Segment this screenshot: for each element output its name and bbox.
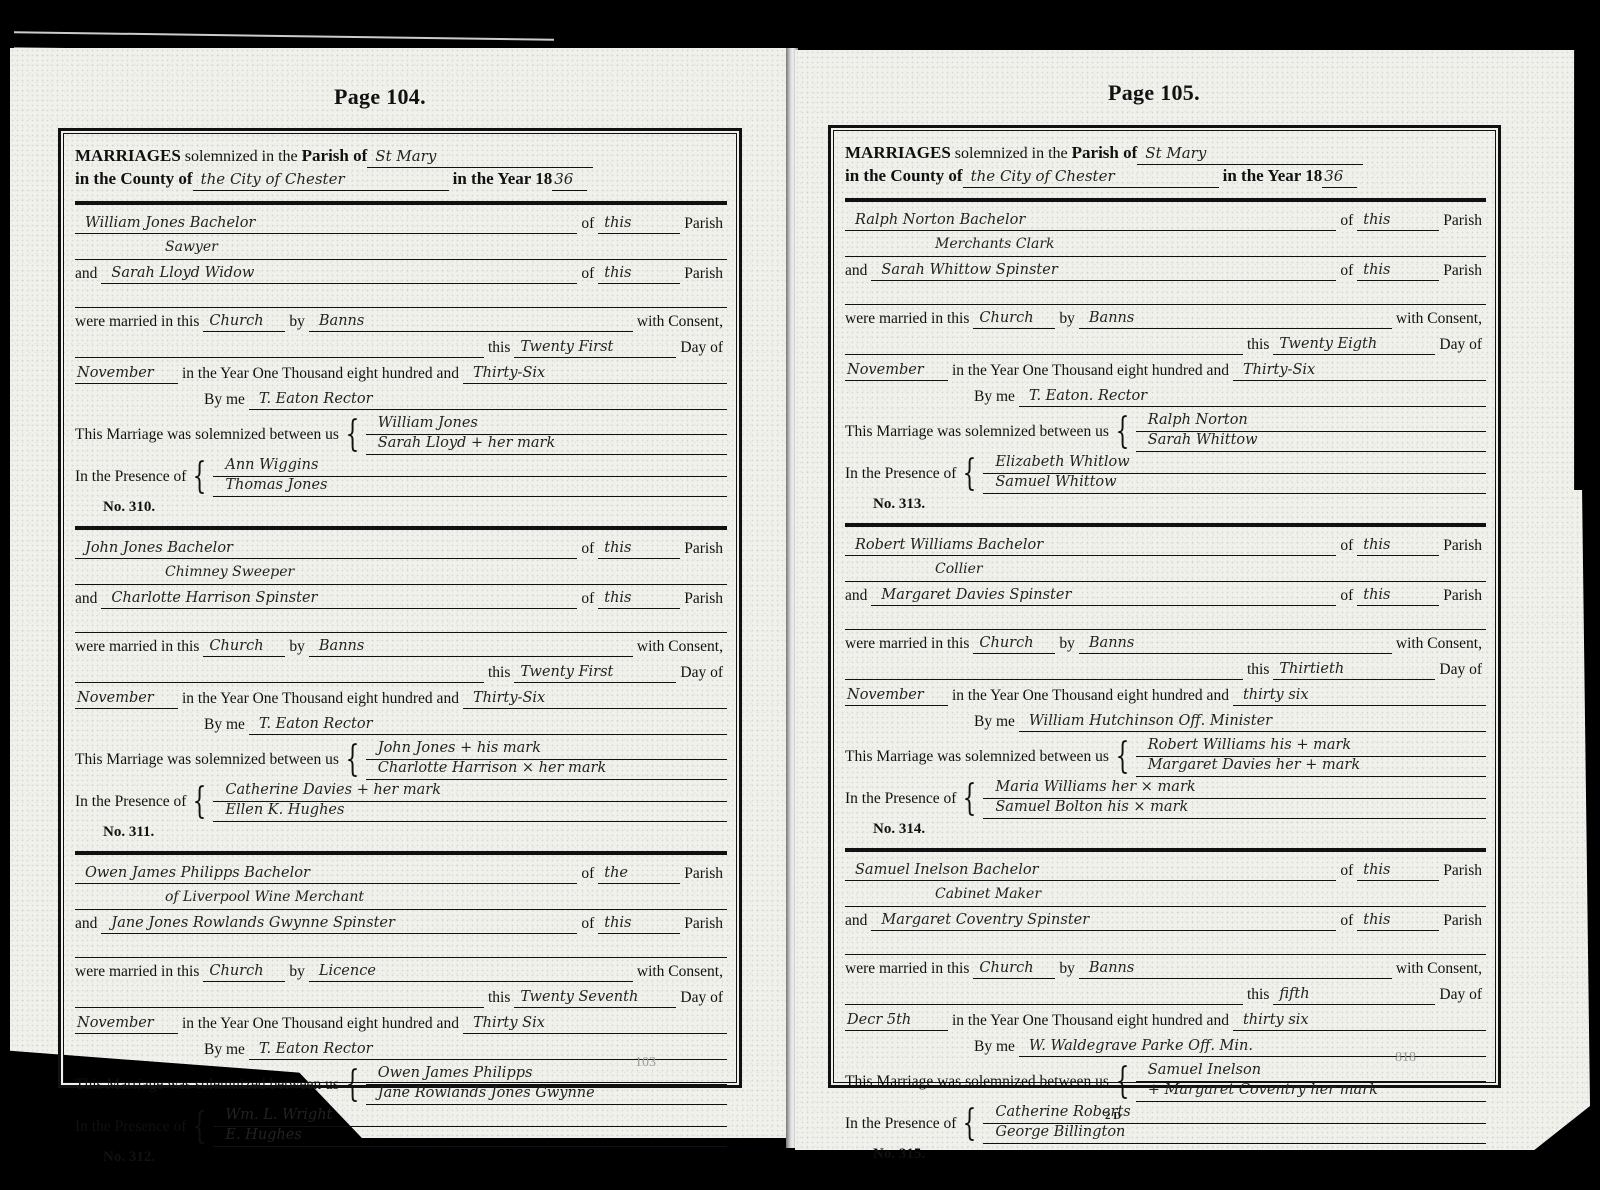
solemnized-label: This Marriage was solemnized between us bbox=[845, 1073, 1109, 1091]
day-row: this Thirtieth Day of bbox=[845, 659, 1486, 680]
groom-parish: the bbox=[598, 863, 680, 884]
brace-icon: { bbox=[345, 742, 359, 778]
groom-occupation: of Liverpool Wine Merchant bbox=[75, 889, 727, 910]
groom-name: Owen James Philipps Bachelor bbox=[75, 863, 577, 884]
presence-block: In the Presence of { Elizabeth Whitlow S… bbox=[845, 454, 1486, 494]
witness-line: Catherine Davies + her mark bbox=[213, 782, 727, 802]
year-row: November in the Year One Thousand eight … bbox=[845, 685, 1486, 706]
signature-line: Jane Rowlands Jones Gwynne bbox=[366, 1085, 727, 1105]
officiant-value: William Hutchinson Off. Minister bbox=[1019, 711, 1486, 732]
married-in-label: were married in this bbox=[75, 962, 203, 982]
marriage-entry: Robert Williams Bachelor of this Parish … bbox=[845, 523, 1486, 838]
day-of-label: Day of bbox=[676, 988, 727, 1008]
groom-name: Ralph Norton Bachelor bbox=[845, 210, 1336, 231]
presence-label: In the Presence of bbox=[845, 790, 956, 808]
bride-row: and Charlotte Harrison Spinster of this … bbox=[75, 588, 727, 609]
brace-icon: { bbox=[345, 1067, 359, 1103]
married-in-label: were married in this bbox=[75, 312, 203, 332]
witness-line: Samuel Whittow bbox=[983, 474, 1486, 494]
by-me-label: By me bbox=[200, 390, 249, 410]
month-value: November bbox=[75, 1013, 178, 1034]
month-value: Decr 5th bbox=[845, 1010, 948, 1031]
day-of-label: Day of bbox=[676, 663, 727, 683]
witness-line: Ellen K. Hughes bbox=[213, 802, 727, 822]
signature-line: Sarah Lloyd + her mark bbox=[366, 435, 727, 455]
bride-name: Margaret Davies Spinster bbox=[871, 585, 1336, 606]
consent-label: with Consent, bbox=[1392, 309, 1486, 329]
brace-icon: { bbox=[1115, 1064, 1129, 1100]
bride-name: Jane Jones Rowlands Gwynne Spinster bbox=[101, 913, 577, 934]
signature-line: + Margaret Coventry her mark bbox=[1136, 1082, 1486, 1102]
bride-row: and Sarah Whittow Spinster of this Paris… bbox=[845, 260, 1486, 281]
groom-row: Samuel Inelson Bachelor of this Parish bbox=[845, 860, 1486, 881]
signature-line: Sarah Whittow bbox=[1136, 432, 1486, 452]
blank-rule bbox=[845, 336, 1243, 355]
year-phrase: in the Year One Thousand eight hundred a… bbox=[178, 689, 463, 709]
this-label: this bbox=[484, 663, 514, 683]
year-words-value: Thirty-Six bbox=[463, 688, 727, 709]
of-label: of bbox=[1336, 211, 1357, 231]
groom-occupation: Collier bbox=[845, 561, 1486, 582]
party-signatures: Owen James Philipps Jane Rowlands Jones … bbox=[366, 1065, 727, 1105]
of-label: of bbox=[577, 914, 598, 934]
register-header: MARRIAGES solemnized in the Parish ofSt … bbox=[845, 142, 1486, 165]
signature-line: Samuel Inelson bbox=[1136, 1062, 1486, 1082]
year-row: November in the Year One Thousand eight … bbox=[845, 360, 1486, 381]
day-value: Twenty Eigth bbox=[1273, 334, 1435, 355]
consent-label: with Consent, bbox=[1392, 959, 1486, 979]
married-in-label: were married in this bbox=[845, 309, 973, 329]
bride-row: and Margaret Coventry Spinster of this P… bbox=[845, 910, 1486, 931]
and-label: and bbox=[845, 261, 871, 281]
place-row: were married in this Church by Banns wit… bbox=[845, 308, 1486, 329]
bride-parish: this bbox=[1357, 585, 1439, 606]
officiant-value: T. Eaton. Rector bbox=[1019, 386, 1486, 407]
signature-line: Charlotte Harrison × her mark bbox=[366, 760, 727, 780]
entry-divider bbox=[75, 851, 727, 855]
presence-label: In the Presence of bbox=[75, 793, 186, 811]
by-me-label: By me bbox=[200, 1040, 249, 1060]
day-value: Twenty First bbox=[514, 337, 676, 358]
entries-list: William Jones Bachelor of this Parish Sa… bbox=[75, 201, 727, 1166]
parish-label: Parish bbox=[1439, 261, 1486, 281]
officiant-row: By me William Hutchinson Off. Minister bbox=[845, 711, 1486, 732]
groom-occupation: Cabinet Maker bbox=[845, 886, 1486, 907]
brace-icon: { bbox=[1115, 414, 1129, 450]
by-me-label: By me bbox=[200, 715, 249, 735]
party-signatures: William Jones Sarah Lloyd + her mark bbox=[366, 415, 727, 455]
officiant-row: By me T. Eaton. Rector bbox=[845, 386, 1486, 407]
marriage-entry: Ralph Norton Bachelor of this Parish Mer… bbox=[845, 198, 1486, 513]
consent-label: with Consent, bbox=[1392, 634, 1486, 654]
place-value: Church bbox=[203, 311, 285, 332]
header-parish-label: Parish of bbox=[302, 146, 368, 165]
blank-rule bbox=[845, 936, 1486, 955]
witness-signatures: Catherine Roberts George Billington bbox=[983, 1104, 1486, 1144]
place-row: were married in this Church by Banns wit… bbox=[845, 958, 1486, 979]
groom-occupation: Merchants Clark bbox=[845, 236, 1486, 257]
signature-line: Ralph Norton bbox=[1136, 412, 1486, 432]
method-value: Banns bbox=[309, 636, 633, 657]
year-words-value: Thirty-Six bbox=[463, 363, 727, 384]
groom-parish: this bbox=[598, 213, 680, 234]
solemnized-block: This Marriage was solemnized between us … bbox=[75, 740, 727, 780]
consent-label: with Consent, bbox=[633, 637, 727, 657]
entry-divider bbox=[75, 201, 727, 205]
by-label: by bbox=[1055, 309, 1079, 329]
witness-signatures: Catherine Davies + her mark Ellen K. Hug… bbox=[213, 782, 727, 822]
parish-label: Parish bbox=[1439, 861, 1486, 881]
witness-line: Thomas Jones bbox=[213, 477, 727, 497]
year-words-value: Thirty-Six bbox=[1233, 360, 1486, 381]
of-label: of bbox=[1336, 261, 1357, 281]
solemnized-label: This Marriage was solemnized between us bbox=[845, 748, 1109, 766]
day-row: this Twenty Seventh Day of bbox=[75, 987, 727, 1008]
groom-name: William Jones Bachelor bbox=[75, 213, 577, 234]
parish-label: Parish bbox=[680, 264, 727, 284]
solemnized-label: This Marriage was solemnized between us bbox=[845, 423, 1109, 441]
groom-row: John Jones Bachelor of this Parish bbox=[75, 538, 727, 559]
bride-parish: this bbox=[1357, 910, 1439, 931]
groom-parish: this bbox=[1357, 210, 1439, 231]
groom-row: Ralph Norton Bachelor of this Parish bbox=[845, 210, 1486, 231]
year-phrase: in the Year One Thousand eight hundred a… bbox=[948, 686, 1233, 706]
groom-occupation: Sawyer bbox=[75, 239, 727, 260]
solemnized-label: This Marriage was solemnized between us bbox=[75, 1076, 339, 1094]
year-phrase: in the Year One Thousand eight hundred a… bbox=[948, 361, 1233, 381]
witness-line: E. Hughes bbox=[213, 1127, 727, 1147]
married-in-label: were married in this bbox=[845, 634, 973, 654]
faint-folio-mark: 818 bbox=[1395, 1050, 1416, 1066]
groom-parish: this bbox=[1357, 860, 1439, 881]
bride-parish: this bbox=[598, 913, 680, 934]
entry-number: No. 314. bbox=[845, 821, 1486, 838]
county-label: in the County of bbox=[75, 169, 193, 188]
this-label: this bbox=[1243, 985, 1273, 1005]
parish-label: Parish bbox=[1439, 536, 1486, 556]
marriage-entry: Samuel Inelson Bachelor of this Parish C… bbox=[845, 848, 1486, 1163]
presence-label: In the Presence of bbox=[75, 1118, 186, 1136]
blank-rule bbox=[845, 661, 1243, 680]
blank-rule bbox=[75, 664, 484, 683]
entry-number: No. 312. bbox=[75, 1149, 727, 1166]
entry-number: No. 310. bbox=[75, 499, 727, 516]
witness-line: Maria Williams her × mark bbox=[983, 779, 1486, 799]
this-label: this bbox=[1243, 335, 1273, 355]
party-signatures: Ralph Norton Sarah Whittow bbox=[1136, 412, 1486, 452]
and-label: and bbox=[75, 589, 101, 609]
party-signatures: John Jones + his mark Charlotte Harrison… bbox=[366, 740, 727, 780]
parish-label: Parish bbox=[680, 914, 727, 934]
signature-line: William Jones bbox=[366, 415, 727, 435]
day-row: this Twenty Eigth Day of bbox=[845, 334, 1486, 355]
brace-icon: { bbox=[1115, 739, 1129, 775]
witness-signatures: Maria Williams her × mark Samuel Bolton … bbox=[983, 779, 1486, 819]
signature-line: Robert Williams his + mark bbox=[1136, 737, 1486, 757]
year-label: in the Year 18 bbox=[453, 169, 553, 188]
brace-icon: { bbox=[963, 456, 977, 492]
place-value: Church bbox=[973, 958, 1055, 979]
entries-list: Ralph Norton Bachelor of this Parish Mer… bbox=[845, 198, 1486, 1163]
month-value: November bbox=[75, 363, 178, 384]
blank-rule bbox=[75, 939, 727, 958]
bride-name: Sarah Whittow Spinster bbox=[871, 260, 1336, 281]
method-value: Banns bbox=[1079, 308, 1392, 329]
place-row: were married in this Church by Banns wit… bbox=[75, 636, 727, 657]
header-title: MARRIAGES bbox=[845, 143, 951, 162]
parish-label: Parish bbox=[1439, 586, 1486, 606]
place-value: Church bbox=[203, 961, 285, 982]
solemnized-block: This Marriage was solemnized between us … bbox=[75, 1065, 727, 1105]
groom-name: John Jones Bachelor bbox=[75, 538, 577, 559]
party-signatures: Robert Williams his + mark Margaret Davi… bbox=[1136, 737, 1486, 777]
and-label: and bbox=[75, 914, 101, 934]
by-label: by bbox=[1055, 634, 1079, 654]
signature-line: Margaret Davies her + mark bbox=[1136, 757, 1486, 777]
groom-name: Samuel Inelson Bachelor bbox=[845, 860, 1336, 881]
this-label: this bbox=[1243, 660, 1273, 680]
of-label: of bbox=[577, 214, 598, 234]
of-label: of bbox=[1336, 911, 1357, 931]
groom-parish: this bbox=[1357, 535, 1439, 556]
presence-block: In the Presence of { Ann Wiggins Thomas … bbox=[75, 457, 727, 497]
brace-icon: { bbox=[963, 781, 977, 817]
officiant-row: By me T. Eaton Rector bbox=[75, 714, 727, 735]
by-label: by bbox=[285, 962, 309, 982]
of-label: of bbox=[1336, 586, 1357, 606]
day-value: Twenty First bbox=[514, 662, 676, 683]
witness-signatures: Ann Wiggins Thomas Jones bbox=[213, 457, 727, 497]
brace-icon: { bbox=[193, 1109, 207, 1145]
presence-block: In the Presence of { Catherine Davies + … bbox=[75, 782, 727, 822]
and-label: and bbox=[845, 911, 871, 931]
of-label: of bbox=[1336, 536, 1357, 556]
groom-name: Robert Williams Bachelor bbox=[845, 535, 1336, 556]
blank-rule bbox=[75, 614, 727, 633]
presence-label: In the Presence of bbox=[75, 468, 186, 486]
day-row: this Twenty First Day of bbox=[75, 662, 727, 683]
place-value: Church bbox=[973, 308, 1055, 329]
year-row: November in the Year One Thousand eight … bbox=[75, 688, 727, 709]
this-label: this bbox=[484, 338, 514, 358]
married-in-label: were married in this bbox=[845, 959, 973, 979]
marriage-entry: William Jones Bachelor of this Parish Sa… bbox=[75, 201, 727, 516]
bride-row: and Sarah Lloyd Widow of this Parish bbox=[75, 263, 727, 284]
bride-name: Sarah Lloyd Widow bbox=[101, 263, 577, 284]
county-value: the City of Chester bbox=[963, 165, 1219, 188]
year-row: November in the Year One Thousand eight … bbox=[75, 1013, 727, 1034]
parish-value: St Mary bbox=[367, 145, 593, 168]
parish-label: Parish bbox=[680, 539, 727, 559]
and-label: and bbox=[845, 586, 871, 606]
and-label: and bbox=[75, 264, 101, 284]
by-label: by bbox=[285, 312, 309, 332]
presence-block: In the Presence of { Wm. L. Wright E. Hu… bbox=[75, 1107, 727, 1147]
register-form-left: MARRIAGES solemnized in the Parish ofSt … bbox=[58, 128, 742, 1088]
blank-rule bbox=[75, 289, 727, 308]
consent-label: with Consent, bbox=[633, 962, 727, 982]
brace-icon: { bbox=[193, 459, 207, 495]
of-label: of bbox=[577, 264, 598, 284]
register-header-county: in the County ofthe City of Chester in t… bbox=[845, 165, 1486, 188]
of-label: of bbox=[577, 589, 598, 609]
blank-rule bbox=[845, 286, 1486, 305]
brace-icon: { bbox=[345, 417, 359, 453]
register-form-right: MARRIAGES solemnized in the Parish ofSt … bbox=[828, 125, 1501, 1088]
parish-label: Parish bbox=[680, 589, 727, 609]
presence-block: In the Presence of { Maria Williams her … bbox=[845, 779, 1486, 819]
solemnized-label: This Marriage was solemnized between us bbox=[75, 426, 339, 444]
day-value: Twenty Seventh bbox=[514, 987, 676, 1008]
entry-number: No. 315. bbox=[845, 1146, 1486, 1163]
married-in-label: were married in this bbox=[75, 637, 203, 657]
month-value: November bbox=[845, 685, 948, 706]
entry-divider bbox=[845, 848, 1486, 852]
solemnized-block: This Marriage was solemnized between us … bbox=[75, 415, 727, 455]
place-row: were married in this Church by Banns wit… bbox=[845, 633, 1486, 654]
by-me-label: By me bbox=[970, 1037, 1019, 1057]
brace-icon: { bbox=[193, 784, 207, 820]
place-row: were married in this Church by Banns wit… bbox=[75, 311, 727, 332]
year-phrase: in the Year One Thousand eight hundred a… bbox=[178, 1014, 463, 1034]
presence-label: In the Presence of bbox=[845, 465, 956, 483]
by-me-label: By me bbox=[970, 387, 1019, 407]
presence-label: In the Presence of bbox=[845, 1115, 956, 1133]
witness-line: George Billington bbox=[983, 1124, 1486, 1144]
marriage-entry: Owen James Philipps Bachelor of the Pari… bbox=[75, 851, 727, 1166]
year-phrase: in the Year One Thousand eight hundred a… bbox=[948, 1011, 1233, 1031]
blank-rule bbox=[845, 611, 1486, 630]
parish-value: St Mary bbox=[1137, 142, 1363, 165]
county-label: in the County of bbox=[845, 166, 963, 185]
bride-parish: this bbox=[598, 263, 680, 284]
bride-row: and Jane Jones Rowlands Gwynne Spinster … bbox=[75, 913, 727, 934]
county-value: the City of Chester bbox=[193, 168, 449, 191]
month-value: November bbox=[845, 360, 948, 381]
entry-number: No. 311. bbox=[75, 824, 727, 841]
year-phrase: in the Year One Thousand eight hundred a… bbox=[178, 364, 463, 384]
of-label: of bbox=[577, 864, 598, 884]
place-row: were married in this Church by Licence w… bbox=[75, 961, 727, 982]
witness-line: Ann Wiggins bbox=[213, 457, 727, 477]
blank-rule bbox=[845, 986, 1243, 1005]
signature-line: John Jones + his mark bbox=[366, 740, 727, 760]
party-signatures: Samuel Inelson + Margaret Coventry her m… bbox=[1136, 1062, 1486, 1102]
day-row: this Twenty First Day of bbox=[75, 337, 727, 358]
bride-parish: this bbox=[1357, 260, 1439, 281]
register-header: MARRIAGES solemnized in the Parish ofSt … bbox=[75, 145, 727, 168]
officiant-row: By me T. Eaton Rector bbox=[75, 1039, 727, 1060]
solemnized-block: This Marriage was solemnized between us … bbox=[845, 737, 1486, 777]
solemnized-label: This Marriage was solemnized between us bbox=[75, 751, 339, 769]
signature-line: Owen James Philipps bbox=[366, 1065, 727, 1085]
method-value: Banns bbox=[1079, 958, 1392, 979]
place-value: Church bbox=[203, 636, 285, 657]
method-value: Banns bbox=[1079, 633, 1392, 654]
groom-parish: this bbox=[598, 538, 680, 559]
officiant-value: T. Eaton Rector bbox=[249, 714, 727, 735]
day-of-label: Day of bbox=[676, 338, 727, 358]
page-number-heading: Page 105. bbox=[1108, 80, 1200, 106]
method-value: Licence bbox=[309, 961, 633, 982]
groom-row: Robert Williams Bachelor of this Parish bbox=[845, 535, 1486, 556]
witness-line: Elizabeth Whitlow bbox=[983, 454, 1486, 474]
day-value: Thirtieth bbox=[1273, 659, 1435, 680]
place-value: Church bbox=[973, 633, 1055, 654]
year-words-value: thirty six bbox=[1233, 1010, 1486, 1031]
by-label: by bbox=[1055, 959, 1079, 979]
groom-row: Owen James Philipps Bachelor of the Pari… bbox=[75, 863, 727, 884]
marriage-entry: John Jones Bachelor of this Parish Chimn… bbox=[75, 526, 727, 841]
bride-parish: this bbox=[598, 588, 680, 609]
this-label: this bbox=[484, 988, 514, 1008]
year-value: 36 bbox=[1322, 165, 1357, 188]
year-value: 36 bbox=[552, 168, 587, 191]
header-title: MARRIAGES bbox=[75, 146, 181, 165]
signature-mark: 2 D bbox=[1105, 1110, 1121, 1122]
header-parish-label: Parish of bbox=[1072, 143, 1138, 162]
groom-occupation: Chimney Sweeper bbox=[75, 564, 727, 585]
day-of-label: Day of bbox=[1435, 335, 1486, 355]
witness-line: Samuel Bolton his × mark bbox=[983, 799, 1486, 819]
brace-icon: { bbox=[963, 1106, 977, 1142]
entry-divider bbox=[845, 523, 1486, 527]
groom-row: William Jones Bachelor of this Parish bbox=[75, 213, 727, 234]
year-words-value: Thirty Six bbox=[463, 1013, 727, 1034]
blank-rule bbox=[75, 339, 484, 358]
bride-row: and Margaret Davies Spinster of this Par… bbox=[845, 585, 1486, 606]
consent-label: with Consent, bbox=[633, 312, 727, 332]
presence-block: In the Presence of { Catherine Roberts G… bbox=[845, 1104, 1486, 1144]
day-of-label: Day of bbox=[1435, 985, 1486, 1005]
by-me-label: By me bbox=[970, 712, 1019, 732]
officiant-row: By me T. Eaton Rector bbox=[75, 389, 727, 410]
register-header-county: in the County ofthe City of Chester in t… bbox=[75, 168, 727, 191]
parish-label: Parish bbox=[680, 864, 727, 884]
entry-divider bbox=[75, 526, 727, 530]
blank-rule bbox=[75, 989, 484, 1008]
witness-line: Catherine Roberts bbox=[983, 1104, 1486, 1124]
witness-signatures: Elizabeth Whitlow Samuel Whittow bbox=[983, 454, 1486, 494]
page-number-heading: Page 104. bbox=[334, 84, 426, 110]
entry-divider bbox=[845, 198, 1486, 202]
parish-label: Parish bbox=[680, 214, 727, 234]
of-label: of bbox=[577, 539, 598, 559]
year-row: November in the Year One Thousand eight … bbox=[75, 363, 727, 384]
entry-number: No. 313. bbox=[845, 496, 1486, 513]
witness-signatures: Wm. L. Wright E. Hughes bbox=[213, 1107, 727, 1147]
witness-line: Wm. L. Wright bbox=[213, 1107, 727, 1127]
of-label: of bbox=[1336, 861, 1357, 881]
officiant-row: By me W. Waldegrave Parke Off. Min. bbox=[845, 1036, 1486, 1057]
by-label: by bbox=[285, 637, 309, 657]
bride-name: Charlotte Harrison Spinster bbox=[101, 588, 577, 609]
officiant-value: T. Eaton Rector bbox=[249, 389, 727, 410]
day-value: fifth bbox=[1273, 984, 1435, 1005]
year-row: Decr 5th in the Year One Thousand eight … bbox=[845, 1010, 1486, 1031]
header-text: solemnized in the bbox=[185, 148, 298, 165]
day-row: this fifth Day of bbox=[845, 984, 1486, 1005]
parish-label: Parish bbox=[1439, 911, 1486, 931]
faint-folio-mark: 103 bbox=[635, 1055, 656, 1071]
year-words-value: thirty six bbox=[1233, 685, 1486, 706]
month-value: November bbox=[75, 688, 178, 709]
parish-label: Parish bbox=[1439, 211, 1486, 231]
day-of-label: Day of bbox=[1435, 660, 1486, 680]
header-text: solemnized in the bbox=[955, 145, 1068, 162]
solemnized-block: This Marriage was solemnized between us … bbox=[845, 412, 1486, 452]
bride-name: Margaret Coventry Spinster bbox=[871, 910, 1336, 931]
